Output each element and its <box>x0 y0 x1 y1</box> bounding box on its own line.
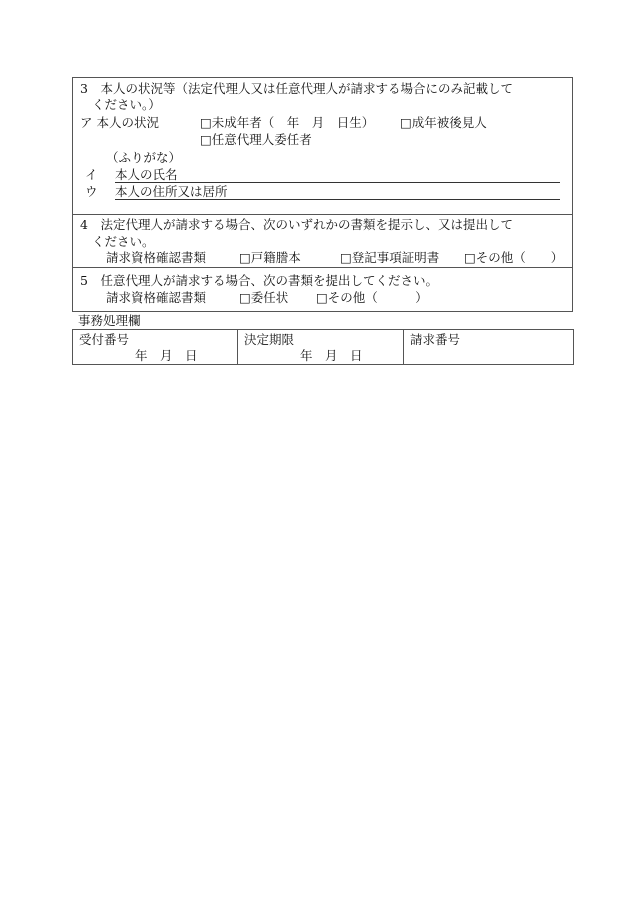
section-4-legal-representative: 4 法定代理人が請求する場合、次のいずれかの書類を提示し、又は提出して ください… <box>73 214 572 267</box>
decision-deadline-label: 決定期限 <box>244 332 294 347</box>
section-5-docs-label: 請求資格確認書類 <box>106 290 206 305</box>
checkbox-power-of-attorney[interactable]: □委任状 <box>239 290 288 305</box>
section-3-principal-status: 3 本人の状況等（法定代理人又は任意代理人が請求する場合にのみ記載して ください… <box>73 78 572 214</box>
principal-status-label: ア 本人の状況 <box>80 115 159 130</box>
principal-name-label: 本人の氏名 <box>115 167 178 182</box>
receipt-number-label: 受付番号 <box>79 332 129 347</box>
request-number-cell[interactable]: 請求番号 <box>403 330 573 364</box>
section-5-voluntary-representative: 5 任意代理人が請求する場合、次の書類を提出してください。 請求資格確認書類 □… <box>73 267 572 312</box>
furigana-label: （ふりがな） <box>106 150 181 165</box>
section-3-heading-cont: ください。） <box>92 97 161 112</box>
principal-address-label: 本人の住所又は居所 <box>115 184 228 199</box>
name-marker: イ <box>85 167 98 182</box>
receipt-number-cell[interactable]: 受付番号 年 月 日 <box>73 330 237 364</box>
checkbox-minor[interactable]: □未成年者（ 年 月 日生） <box>200 115 374 130</box>
checkbox-other-legal[interactable]: □その他（ ） <box>464 250 563 265</box>
address-marker: ウ <box>85 184 98 199</box>
checkbox-other-voluntary[interactable]: □その他（ ） <box>316 290 428 305</box>
checkbox-adult-ward[interactable]: □成年被後見人 <box>400 115 487 130</box>
checkbox-voluntary-principal[interactable]: □任意代理人委任者 <box>200 132 312 147</box>
checkbox-registry-certificate[interactable]: □登記事項証明書 <box>340 250 439 265</box>
checkbox-family-register[interactable]: □戸籍謄本 <box>239 250 301 265</box>
principal-name-field[interactable] <box>115 182 560 183</box>
section-4-docs-label: 請求資格確認書類 <box>106 250 206 265</box>
receipt-date: 年 月 日 <box>135 348 198 363</box>
section-4-heading: 4 法定代理人が請求する場合、次のいずれかの書類を提示し、又は提出して <box>80 217 513 232</box>
office-processing-title: 事務処理欄 <box>78 313 141 328</box>
form-box: 3 本人の状況等（法定代理人又は任意代理人が請求する場合にのみ記載して ください… <box>72 77 573 312</box>
section-4-heading-cont: ください。 <box>92 234 155 249</box>
principal-address-field[interactable] <box>115 199 560 200</box>
request-number-label: 請求番号 <box>410 332 460 347</box>
decision-deadline-cell[interactable]: 決定期限 年 月 日 <box>237 330 403 364</box>
office-processing-table: 受付番号 年 月 日 決定期限 年 月 日 請求番号 <box>72 329 574 365</box>
section-3-heading: 3 本人の状況等（法定代理人又は任意代理人が請求する場合にのみ記載して <box>80 81 513 96</box>
decision-deadline-date: 年 月 日 <box>300 348 363 363</box>
section-5-heading: 5 任意代理人が請求する場合、次の書類を提出してください。 <box>80 273 438 288</box>
